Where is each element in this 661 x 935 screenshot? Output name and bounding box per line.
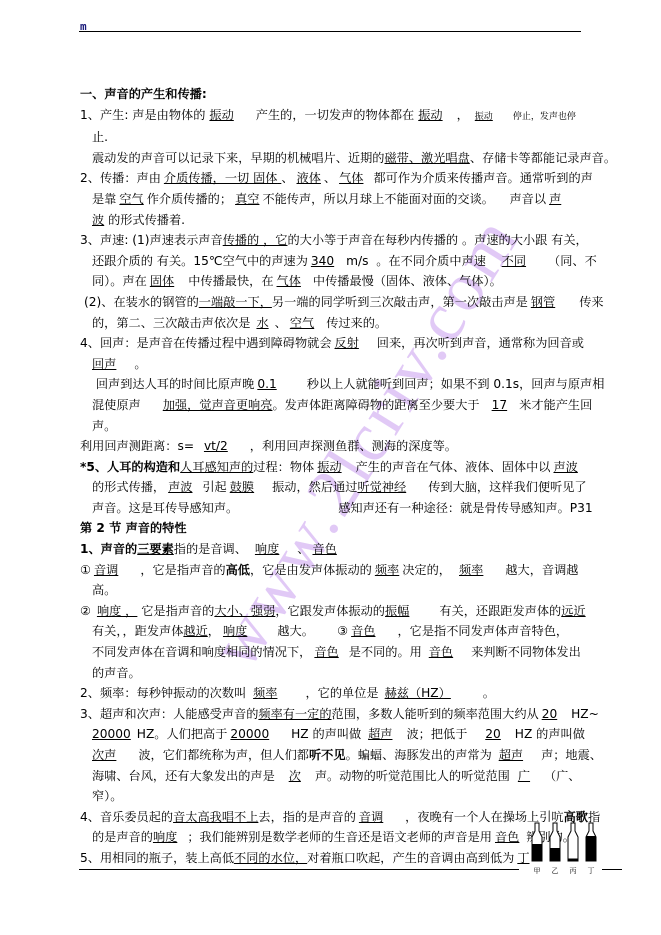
bottle-label: 乙 [548, 866, 562, 876]
s1-item3-line5: 的，第二、三次敲击声依次是水、空气传过来的。 [80, 313, 585, 334]
s1-item3-line2: 还跟介质的 有关。15℃空气中的声速为340m/s 。在不同介质中声速 不同（同… [80, 251, 585, 272]
s1-item5-line3: 声音。这是耳传导感知声。感知声还有一种途径：就是骨传导感知声。P31 [80, 498, 585, 519]
s1-item4-line2: 回声。 [80, 354, 585, 375]
bottle-label: 丙 [566, 866, 580, 876]
s2-timbre-line2: 不同发声体在音调和响度相同的情况下，音色是不同的。用 音色来判断不同物体发出 [80, 642, 585, 663]
bottle-label: 丁 [584, 866, 598, 876]
s2-item3-line5: 窄）。 [80, 786, 585, 807]
s1-item1-line1: 1、产生: 声是由物体的振动产生的，一切发声的物体都在振动，振动停止，发声也停 [80, 105, 585, 128]
s2-loudness-line2: 有关，，距发声体越近，响度越大。 ③音色，它是指不同发声体声音特色， [80, 621, 585, 642]
bottle-label: 甲 [530, 866, 544, 876]
s2-pitch-line1: ①音调，它是指声音的高低，它是由发声体振动的频率决定的，频率越大，音调越 [80, 560, 585, 581]
s1-item4-line3: 回声到达人耳的时间比原声晚0.1秒以上人就能听到回声；如果不到 0.1s，回声与… [80, 374, 585, 395]
s1-item4-line1: 4、回声：是声音在传播过程中遇到障碍物就会反射 回来，再次听到声音，通常称为回音… [80, 333, 585, 354]
s2-item2-line1: 2、频率：每秒钟振动的次数叫 频率，它的单位是赫兹（HZ） 。 [80, 683, 585, 704]
s1-item1-line2: 止. [80, 127, 585, 148]
s2-item3-line2: 20000HZ。人们把高于20000 HZ 的声叫做 超声波；把低于 20HZ … [80, 724, 585, 745]
s1-item2-line1: 2、传播：声由介质传播，一切 固体 、液体、气体都可作为介质来传播声音。通常听到… [80, 168, 585, 189]
bottles-figure: 甲 乙 丙 丁 [530, 822, 602, 872]
s1-item4-line4: 混使原声加强，觉声音更响亮。发声体距离障碍物的距离至少要大于17米才能产生回 [80, 395, 585, 416]
s1-item5-line2: 的形式传播，声波 引起鼓膜振动，然后通过听觉神经传到大脑，这样我们便听见了 [80, 477, 585, 498]
s2-item4-line2: 的是声音的响度；我们能辨别是数学老师的生音还是语文老师的声音是用音色 辨别的。 [80, 827, 585, 848]
s1-item1-line3: 震动发的声音可以记录下来，早期的机械唱片、近期的磁带、激光唱盘、存储卡等都能记录… [80, 148, 585, 169]
s2-item3-line1: 3、超声和次声：人能感受声音的频率有一定的范围，多数人能听到的频率范围大约从20… [80, 704, 585, 725]
s2-item1-line1: 1、声音的三要素指的是音调、响度、音色 [80, 539, 585, 560]
footer-rule-right [602, 869, 622, 870]
bottle-icon-jia [530, 822, 544, 862]
s1-item3-line4: (2)、在装水的钢管的一端敲一下，另一端的同学听到三次敲击声，第一次敲击声是钢管… [80, 292, 585, 313]
s1-item3-line3: 同）。声在固体中传播最快，在气体中传播最慢（固体、液体、气体）。 [80, 271, 585, 292]
document-body: 一、声音的产生和传播: 1、产生: 声是由物体的振动产生的，一切发声的物体都在振… [80, 84, 585, 869]
s1-item2-line2: 是靠空气作介质传播的；真空不能传声，所以月球上不能面对面的交谈。 声音以声 [80, 189, 585, 210]
s2-timbre-line3: 的声音。 [80, 663, 585, 684]
s1-item5-line1: *5、人耳的构造和人耳感知声的过程：物体振动 产生的声音在气体、液体、固体中以声… [80, 457, 585, 478]
footer-rule [79, 869, 519, 870]
s2-item3-line4: 海啸、台风，还有大象发出的声是 次声。动物的听觉范围比人的听觉范围广 （广、 [80, 766, 585, 787]
section2-title: 第 2 节 声音的特性 [80, 518, 585, 539]
bottle-icon-bing [566, 822, 580, 862]
s1-item3-line1: 3、声速: (1)声速表示声音传播的 ，它的大小等于声音在每秒内传播的 。声速的… [80, 230, 585, 251]
s2-loudness-line1: ②响度 ， 它是指声音的大小、强弱，它跟发声体振动的振幅有关，还跟距发声体的远近 [80, 601, 585, 622]
s1-item4-line5: 声。 [80, 416, 585, 437]
s1-item2-line3: 波 的形式传播着. [80, 210, 585, 231]
s2-item4-line1: 4、音乐委员起的音太高我唱不上去，指的是声音的音调 ，夜晚有一个人在操场上引吭高… [80, 807, 585, 828]
section1-title: 一、声音的产生和传播: [80, 84, 585, 105]
s2-item3-line3: 次声波，它们都统称为声，但人们都听不见。蝙蝠、海豚发出的声常为 超声声；地震、 [80, 745, 585, 766]
s1-item4-line6: 利用回声测距离：s= vt/2，利用回声探测鱼群、测海的深度等。 [80, 436, 585, 457]
bottle-icon-ding [584, 822, 598, 862]
header-rule [79, 31, 581, 32]
bottle-icon-yi [548, 822, 562, 862]
s2-item5-line1: 5、用相同的瓶子，装上高低不同的水位，对着瓶口吹起，产生的音调由高到低为丁 [80, 848, 585, 869]
s2-pitch-line2: 高。 [80, 580, 585, 601]
